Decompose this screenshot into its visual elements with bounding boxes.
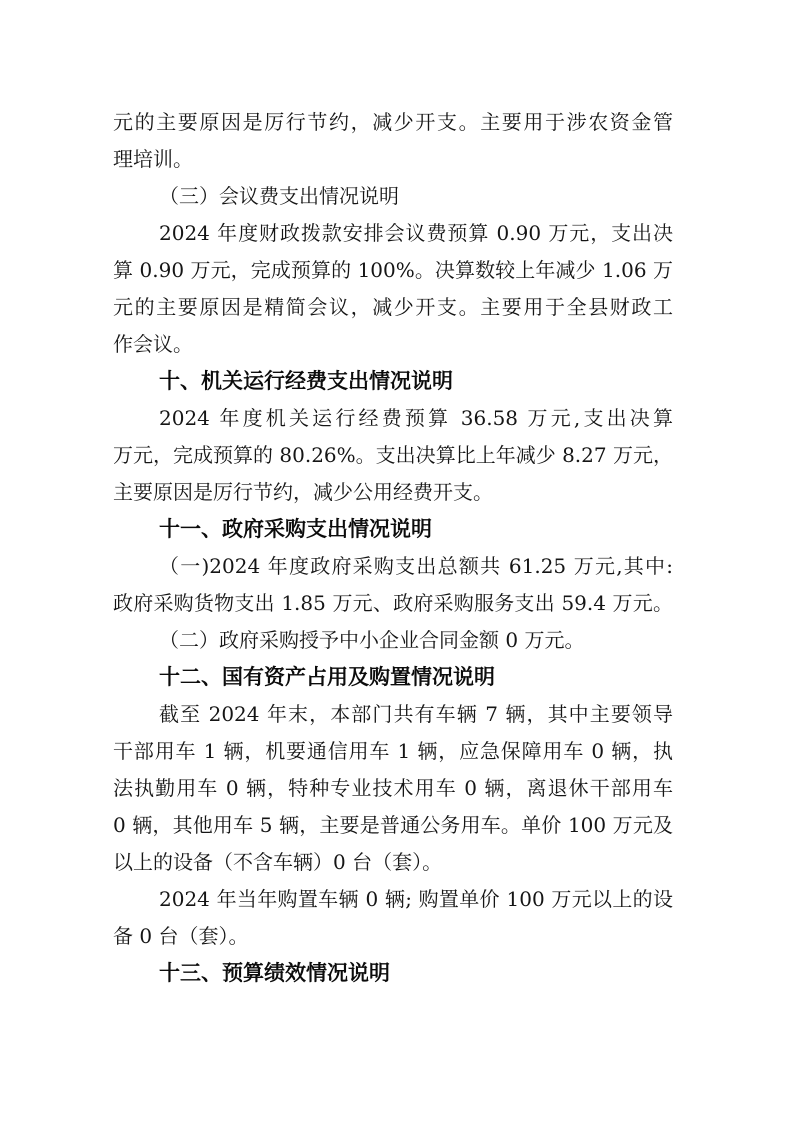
body-text-line: 理培训。	[113, 141, 673, 178]
body-text-line: （三）会议费支出情况说明	[113, 178, 673, 215]
body-text-line: 2024 年度机关运行经费预算 36.58 万元,支出决算 29.36	[113, 400, 673, 437]
body-text-line: （一)2024 年度政府采购支出总额共 61.25 万元,其中:	[113, 548, 673, 585]
body-text-line: 元的主要原因是精简会议，减少开支。主要用于全县财政工	[113, 289, 673, 326]
body-text-line: 2024 年度财政拨款安排会议费预算 0.90 万元，支出决	[113, 215, 673, 252]
document-content: 元的主要原因是厉行节约，减少开支。主要用于涉农资金管理培训。（三）会议费支出情况…	[113, 104, 673, 992]
section-heading-line: 十三、预算绩效情况说明	[113, 955, 673, 992]
body-text-line: 主要原因是厉行节约，减少公用经费开支。	[113, 474, 673, 511]
body-text-line: （二）政府采购授予中小企业合同金额 0 万元。	[113, 622, 673, 659]
body-text-line: 算 0.90 万元，完成预算的 100%。决算数较上年减少 1.06 万	[113, 252, 673, 289]
body-text-line: 以上的设备（不含车辆）0 台（套）。	[113, 844, 673, 881]
body-text-line: 作会议。	[113, 326, 673, 363]
body-text-line: 万元，完成预算的 80.26%。支出决算比上年减少 8.27 万元，	[113, 437, 673, 474]
body-text-line: 备 0 台（套）。	[113, 918, 673, 955]
body-text-line: 干部用车 1 辆，机要通信用车 1 辆，应急保障用车 0 辆，执	[113, 733, 673, 770]
section-heading-line: 十二、国有资产占用及购置情况说明	[113, 659, 673, 696]
body-text-line: 2024 年当年购置车辆 0 辆; 购置单价 100 万元以上的设	[113, 881, 673, 918]
body-text-line: 政府采购货物支出 1.85 万元、政府采购服务支出 59.4 万元。	[113, 585, 673, 622]
body-text-line: 截至 2024 年末，本部门共有车辆 7 辆，其中主要领导	[113, 696, 673, 733]
section-heading-line: 十一、政府采购支出情况说明	[113, 511, 673, 548]
body-text-line: 法执勤用车 0 辆，特种专业技术用车 0 辆，离退休干部用车	[113, 770, 673, 807]
body-text-line: 0 辆，其他用车 5 辆，主要是普通公务用车。单价 100 万元及	[113, 807, 673, 844]
body-text-line: 元的主要原因是厉行节约，减少开支。主要用于涉农资金管	[113, 104, 673, 141]
document-page: 元的主要原因是厉行节约，减少开支。主要用于涉农资金管理培训。（三）会议费支出情况…	[0, 0, 793, 1122]
section-heading-line: 十、机关运行经费支出情况说明	[113, 363, 673, 400]
